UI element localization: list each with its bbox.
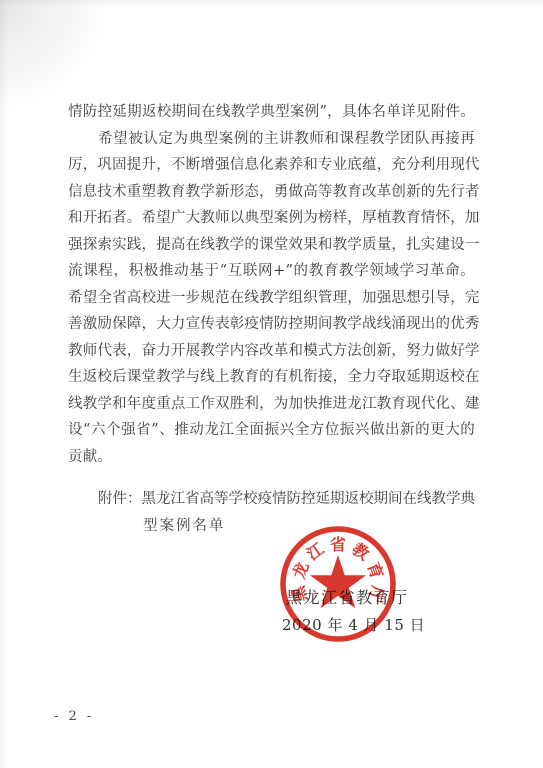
document-page: 情防控延期返校期间在线教学典型案例”，具体名单详见附件。 希望被认定为典型案例的… <box>0 0 543 768</box>
attachment-line: 型案例名单 <box>68 513 475 540</box>
body-line: 厉，巩固提升，不断增强信息化素养和专业底蕴，充分利用现代 <box>68 152 475 179</box>
seal-ring-char: 龙 <box>289 560 312 582</box>
body-text-block: 情防控延期返校期间在线教学典型案例”，具体名单详见附件。 希望被认定为典型案例的… <box>68 99 475 470</box>
body-line: 信息技术重塑教育教学新形态，勇做高等教育改革创新的先行者 <box>68 179 475 206</box>
seal-ring-char: 育 <box>363 560 386 582</box>
seal-ring-char: 江 <box>303 539 329 565</box>
body-line: 生返校后课堂教学与线上教育的有机衔接，全力夺取延期返校在 <box>68 364 475 391</box>
seal-ring-char: 省 <box>330 535 346 554</box>
body-line: 贡献。 <box>68 444 475 471</box>
body-line: 善激励保障，大力宣传表彰疫情防控期间教学战线涌现出的优秀 <box>68 311 475 338</box>
attachment-line: 附件：黑龙江省高等学校疫情防控延期返校期间在线教学典 <box>68 486 475 513</box>
body-line: 教师代表，奋力开展教学内容改革和模式方法创新，努力做好学 <box>68 338 475 365</box>
seal-ring-char: 教 <box>349 539 374 564</box>
seal-star-icon <box>310 555 366 608</box>
body-line: 设“六个强省”、推动龙江全面振兴全方位振兴做出新的更大的 <box>68 417 475 444</box>
body-line: 线教学和年度重点工作双胜利，为加快推进龙江教育现代化、建 <box>68 391 475 418</box>
body-line: 和开拓者。希望广大教师以典型案例为榜样，厚植教育情怀，加 <box>68 205 475 232</box>
seal-ring-char: 厅 <box>365 583 388 604</box>
official-seal: 黑 龙 江 省 教 育 厅 <box>276 524 400 648</box>
body-line: 流课程，积极推动基于“互联网+”的教育教学领域学习革命。 <box>68 258 475 285</box>
body-line: 希望被认定为典型案例的主讲教师和课程教学团队再接再 <box>68 126 475 153</box>
seal-ring-char: 黑 <box>288 583 311 604</box>
page-number: - 2 - <box>54 709 94 724</box>
official-seal-graphic: 黑 龙 江 省 教 育 厅 <box>276 524 400 648</box>
body-line: 强探索实践，提高在线教学的课堂效果和教学质量，扎实建设一 <box>68 232 475 259</box>
attachment-block: 附件：黑龙江省高等学校疫情防控延期返校期间在线教学典 型案例名单 <box>68 486 475 539</box>
body-line: 希望全省高校进一步规范在线教学组织管理，加强思想引导，完 <box>68 285 475 312</box>
body-line: 情防控延期返校期间在线教学典型案例”，具体名单详见附件。 <box>68 99 475 126</box>
